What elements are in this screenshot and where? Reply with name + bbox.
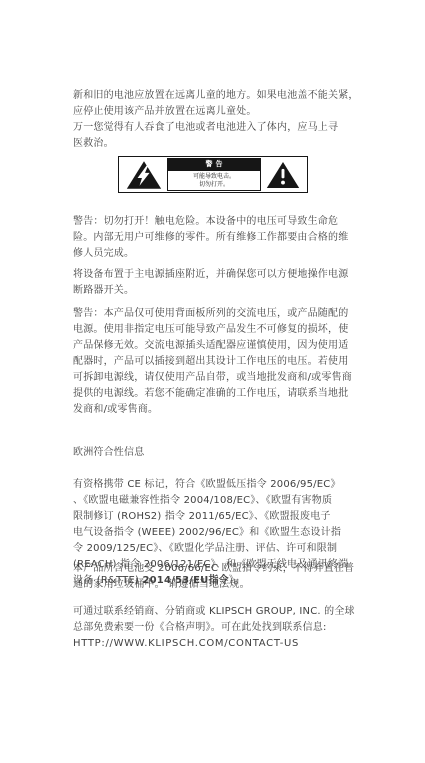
battery-safety-paragraph: 新和旧的电池应放置在远离儿童的地方。如果电池盖不能关紧， 应停止使用该产品并放置… — [73, 88, 385, 152]
warning-label-center: 警告 可能导致电击。 切勿打开。 — [167, 158, 261, 191]
electric-shock-warning-paragraph: 警告：切勿打开！触电危险。本设备中的电压可导致生命危 险。内部无用户可维修的零件… — [73, 214, 385, 262]
warning-caption: 可能导致电击。 切勿打开。 — [167, 171, 261, 191]
voltage-warning-paragraph: 警告：本产品仅可使用背面板所列的交流电压，或产品随配的 电源。使用非指定电压可能… — [73, 306, 385, 418]
euro-compliance-heading: 欧洲符合性信息 — [73, 445, 385, 461]
exclamation-triangle-icon — [266, 160, 300, 190]
power-outlet-paragraph: 将设备布置于主电源插座附近，并确保您可以方便地操作电源 断路器开关。 — [73, 267, 385, 299]
warning-title: 警告 — [167, 158, 261, 171]
manual-page: 新和旧的电池应放置在远离儿童的地方。如果电池盖不能关紧， 应停止使用该产品并放置… — [0, 0, 425, 763]
warning-label-box: 警告 可能导致电击。 切勿打开。 — [118, 156, 308, 193]
contact-url: HTTP://WWW.KLIPSCH.COM/CONTACT-US — [73, 636, 385, 652]
contact-paragraph: 可通过联系经销商、分销商或 KLIPSCH GROUP, INC. 的全球 总部… — [73, 604, 385, 636]
battery-disposal-paragraph: 本产品所含电池受 2006/66/EC 欧盟指令约束，不得弃置在普 通的家用垃圾… — [73, 561, 385, 593]
lightning-bolt-triangle-icon — [126, 160, 162, 190]
